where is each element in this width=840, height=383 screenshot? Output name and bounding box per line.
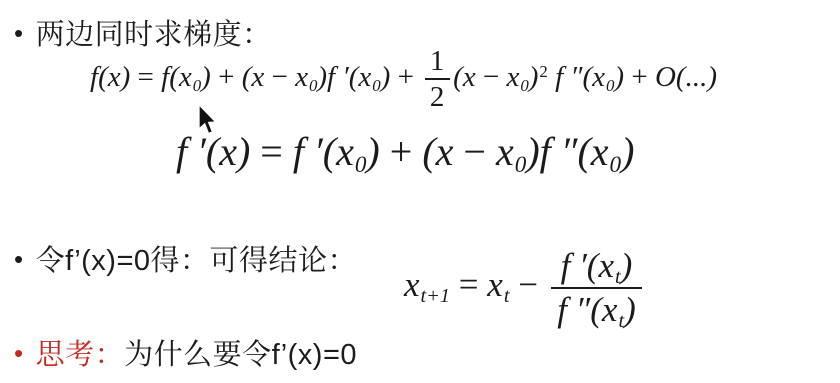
bullet-marker: • [14, 340, 24, 366]
question-rest-text: 为什么要令f’(x)=0 [124, 332, 357, 373]
formula-gradient-both-sides: f ′(x) = f ′(x0) + (x − x0)f ″(x0) [176, 128, 634, 176]
bullet-line-conclusion: • 令f’(x)=0得：可得结论： [14, 238, 357, 279]
conclusion-line-text: 令f’(x)=0得：可得结论： [36, 238, 357, 279]
formula-newton-update: xt+1 = xt − f ′(xt)f ″(xt) [404, 248, 646, 328]
bullet-marker: • [14, 20, 24, 46]
lecture-slide: • 两边同时求梯度： f(x) = f(x0) + (x − x0)f ′(x0… [0, 0, 840, 383]
question-highlight-text: 思考： [36, 332, 125, 373]
formula-taylor-expansion: f(x) = f(x0) + (x − x0)f ′(x0) + 12(x − … [90, 46, 717, 113]
bullet-marker: • [14, 246, 24, 272]
bullet-line-question: • 思考： 为什么要令f’(x)=0 [14, 332, 357, 373]
